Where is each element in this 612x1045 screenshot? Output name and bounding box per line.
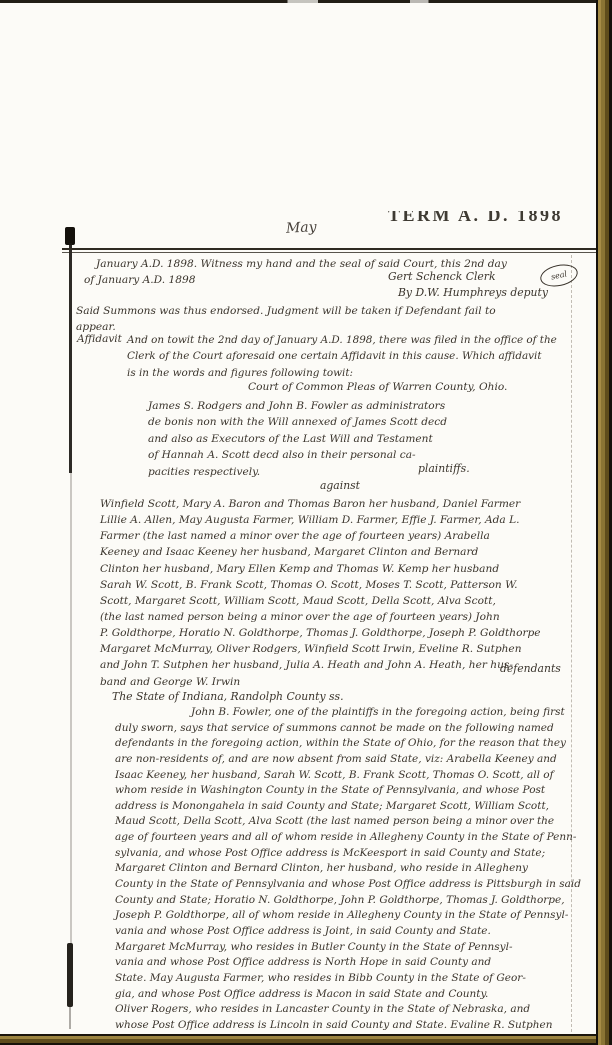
- printed-term-text: TERM A. D. 1898: [388, 211, 568, 226]
- text-line: County in the State of Pennsylvania and …: [115, 877, 581, 893]
- binding-rule-tail: [69, 1007, 71, 1029]
- plaintiffs-label: plaintiffs.: [418, 462, 470, 475]
- text-line: gia, and whose Post Office address is Ma…: [115, 987, 581, 1003]
- printed-term-header: TERM A. D. 1898: [388, 211, 568, 236]
- text-line: Oliver Rogers, who resides in Lancaster …: [115, 1002, 581, 1018]
- text-line: duly sworn, says that service of summons…: [115, 721, 581, 737]
- seal-label: seal: [550, 269, 568, 281]
- text-line: And on towit the 2nd day of January A.D.…: [127, 332, 557, 348]
- binding-rule-lower: [67, 943, 73, 1007]
- text-line: vania and whose Post Office address is J…: [115, 924, 581, 940]
- defendants-label: defendants: [500, 662, 561, 675]
- text-line: Margaret McMurray, Oliver Rodgers, Winfi…: [100, 641, 541, 657]
- deputy-signature: By D.W. Humphreys deputy: [398, 286, 548, 299]
- text-line: County and State; Horatio N. Goldthorpe,…: [115, 893, 581, 909]
- defendants-caption: Winfield Scott, Mary A. Baron and Thomas…: [100, 496, 541, 690]
- text-line: John B. Fowler, one of the plaintiffs in…: [115, 705, 581, 721]
- text-line: Lillie A. Allen, May Augusta Farmer, Wil…: [100, 512, 541, 528]
- text-line: vania and whose Post Office address is N…: [115, 955, 581, 971]
- text-line: of Hannah A. Scott decd also in their pe…: [148, 447, 447, 463]
- text-line: de bonis non with the Will annexed of Ja…: [148, 414, 447, 430]
- endorsement-section: Said Summons was thus endorsed. Judgment…: [76, 303, 496, 336]
- text-line: Margaret Clinton and Bernard Clinton, he…: [115, 861, 581, 877]
- court-caption: Court of Common Pleas of Warren County, …: [248, 381, 507, 393]
- binding-rule-upper: [69, 243, 72, 473]
- scan-top-edge-line: [0, 0, 612, 3]
- text-line: (the last named person being a minor ove…: [100, 609, 541, 625]
- handwritten-month: May: [286, 219, 317, 237]
- plaintiffs-caption: James S. Rodgers and John B. Fowler as a…: [148, 398, 447, 480]
- text-line: Clerk of the Court aforesaid one certain…: [127, 348, 557, 364]
- text-line: whose Post Office address is Lincoln in …: [115, 1018, 581, 1034]
- text-line: defendants in the foregoing action, with…: [115, 736, 581, 752]
- text-line: address is Monongahela in said County an…: [115, 799, 581, 815]
- text-line: Maud Scott, Della Scott, Alva Scott (the…: [115, 814, 581, 830]
- text-line: is in the words and figures following to…: [127, 365, 557, 381]
- binding-rule-middle: [70, 473, 72, 943]
- text-line: Winfield Scott, Mary A. Baron and Thomas…: [100, 496, 541, 512]
- text-line: age of fourteen years and all of whom re…: [115, 830, 581, 846]
- text-line: Keeney and Isaac Keeney her husband, Mar…: [100, 544, 541, 560]
- versus-label: against: [300, 479, 380, 492]
- text-line: State. May Augusta Farmer, who resides i…: [115, 971, 581, 987]
- text-line: band and George W. Irwin: [100, 674, 541, 690]
- text-line: pacities respectively.: [148, 464, 447, 480]
- book-edge-bottom: [0, 1034, 596, 1045]
- text-line: Farmer (the last named a minor over the …: [100, 528, 541, 544]
- header-double-rule: [62, 248, 596, 253]
- text-line: James S. Rodgers and John B. Fowler as a…: [148, 398, 447, 414]
- text-line: are non-residents of, and are now absent…: [115, 752, 581, 768]
- text-line: and John T. Sutphen her husband, Julia A…: [100, 657, 541, 673]
- text-line: Sarah W. Scott, B. Frank Scott, Thomas O…: [100, 577, 541, 593]
- text-line: Isaac Keeney, her husband, Sarah W. Scot…: [115, 768, 581, 784]
- clerk-signature: Gert Schenck Clerk: [388, 270, 496, 283]
- text-line: whom reside in Washington County in the …: [115, 783, 581, 799]
- text-line: Margaret McMurray, who resides in Butler…: [115, 940, 581, 956]
- text-line: sylvania, and whose Post Office address …: [115, 846, 581, 862]
- scanned-court-record-page: May TERM A. D. 1898 January A.D. 1898. W…: [0, 0, 612, 1045]
- text-line: Joseph P. Goldthorpe, all of whom reside…: [115, 908, 581, 924]
- affidavit-body: John B. Fowler, one of the plaintiffs in…: [115, 705, 581, 1033]
- text-line: Said Summons was thus endorsed. Judgment…: [76, 303, 496, 319]
- text-line: and also as Executors of the Last Will a…: [148, 431, 447, 447]
- margin-note-affidavit: Affidavit: [77, 333, 122, 345]
- text-line: P. Goldthorpe, Horatio N. Goldthorpe, Th…: [100, 625, 541, 641]
- text-line: Clinton her husband, Mary Ellen Kemp and…: [100, 561, 541, 577]
- book-edge-right: [596, 0, 612, 1045]
- filing-recital-section: And on towit the 2nd day of January A.D.…: [127, 332, 557, 381]
- venue-line: The State of Indiana, Randolph County ss…: [112, 690, 344, 703]
- text-line: Scott, Margaret Scott, William Scott, Ma…: [100, 593, 541, 609]
